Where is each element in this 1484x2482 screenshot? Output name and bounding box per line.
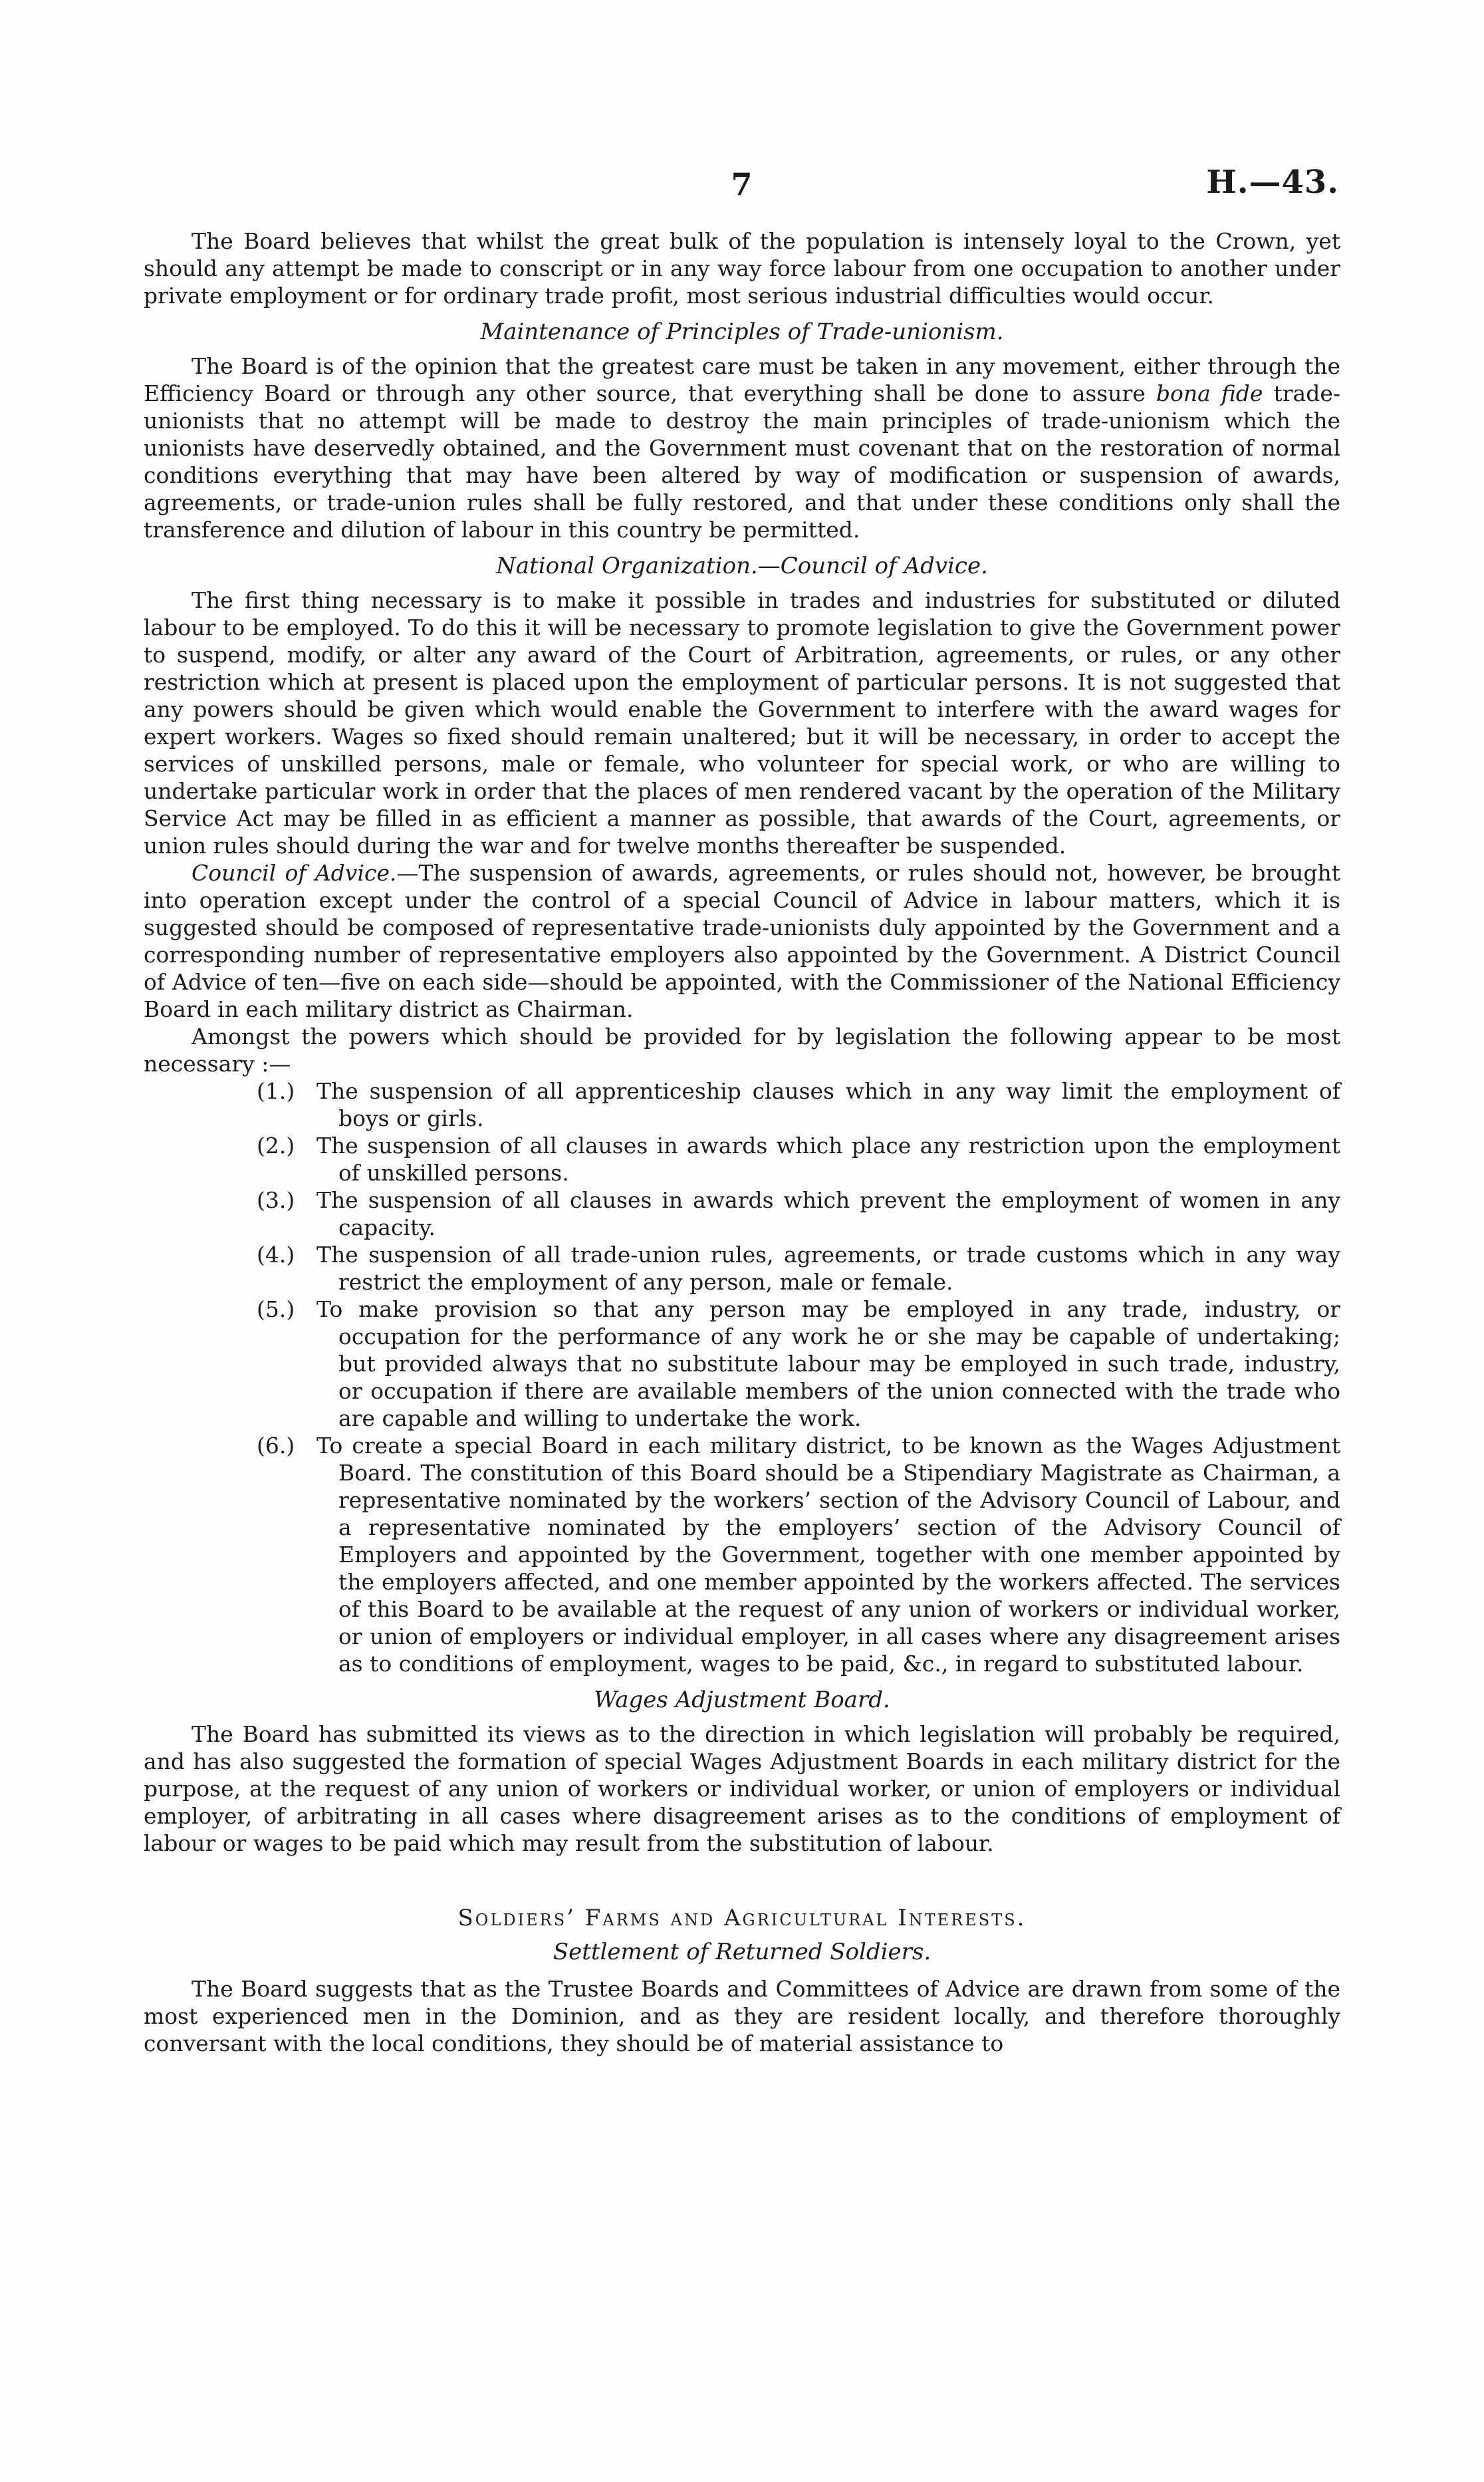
document-page: 7 H.—43. The Board believes that whilst … [0,0,1484,2482]
list-item-number: (6.) [257,1432,316,1459]
settlement-subheading: Settlement of Returned Soldiers. [144,1939,1340,1966]
page-number: 7 [144,166,1340,202]
list-item-number: (5.) [257,1296,316,1323]
wages-adjustment-heading: Wages Adjustment Board. [144,1687,1340,1714]
maintenance-paragraph: The Board is of the opinion that the gre… [144,352,1340,543]
opening-paragraph: The Board believes that whilst the great… [144,227,1340,309]
list-item-text: The suspension of all trade-union rules,… [316,1242,1340,1295]
list-item-5: (5.)To make provision so that any person… [338,1296,1340,1432]
list-item-text: The suspension of all clauses in awards … [316,1187,1340,1240]
bona-fide-italic: bona fide [1156,380,1263,406]
list-item-number: (3.) [257,1186,316,1214]
national-organization-heading: National Organization.—Council of Advice… [144,553,1340,580]
document-reference: H.—43. [1206,164,1339,201]
wages-adjustment-paragraph: The Board has submitted its views as to … [144,1721,1340,1857]
powers-list: (1.)The suspension of all apprenticeship… [144,1077,1340,1677]
list-item-2: (2.)The suspension of all clauses in awa… [338,1132,1340,1186]
list-item-text: The suspension of all apprenticeship cla… [316,1078,1340,1131]
page-header: 7 H.—43. [144,166,1340,207]
soldiers-farms-heading: Soldiers’ Farms and Agricultural Interes… [144,1905,1340,1932]
list-item-text: To create a special Board in each milita… [316,1433,1340,1677]
list-item-number: (4.) [257,1241,316,1268]
maintenance-heading: Maintenance of Principles of Trade-union… [144,319,1340,346]
national-organization-paragraph: The first thing necessary is to make it … [144,587,1340,859]
powers-intro-paragraph: Amongst the powers which should be provi… [144,1023,1340,1077]
settlement-paragraph: The Board suggests that as the Trustee B… [144,1975,1340,2057]
list-item-3: (3.)The suspension of all clauses in awa… [338,1186,1340,1241]
list-item-6: (6.)To create a special Board in each mi… [338,1432,1340,1677]
council-of-advice-lead: Council of Advice. [191,860,397,886]
list-item-number: (2.) [257,1132,316,1159]
list-item-1: (1.)The suspension of all apprenticeship… [338,1077,1340,1132]
list-item-number: (1.) [257,1077,316,1105]
list-item-text: The suspension of all clauses in awards … [316,1133,1340,1186]
list-item-text: To make provision so that any person may… [316,1296,1340,1431]
list-item-4: (4.)The suspension of all trade-union ru… [338,1241,1340,1296]
council-of-advice-paragraph: Council of Advice.—The suspension of awa… [144,859,1340,1023]
